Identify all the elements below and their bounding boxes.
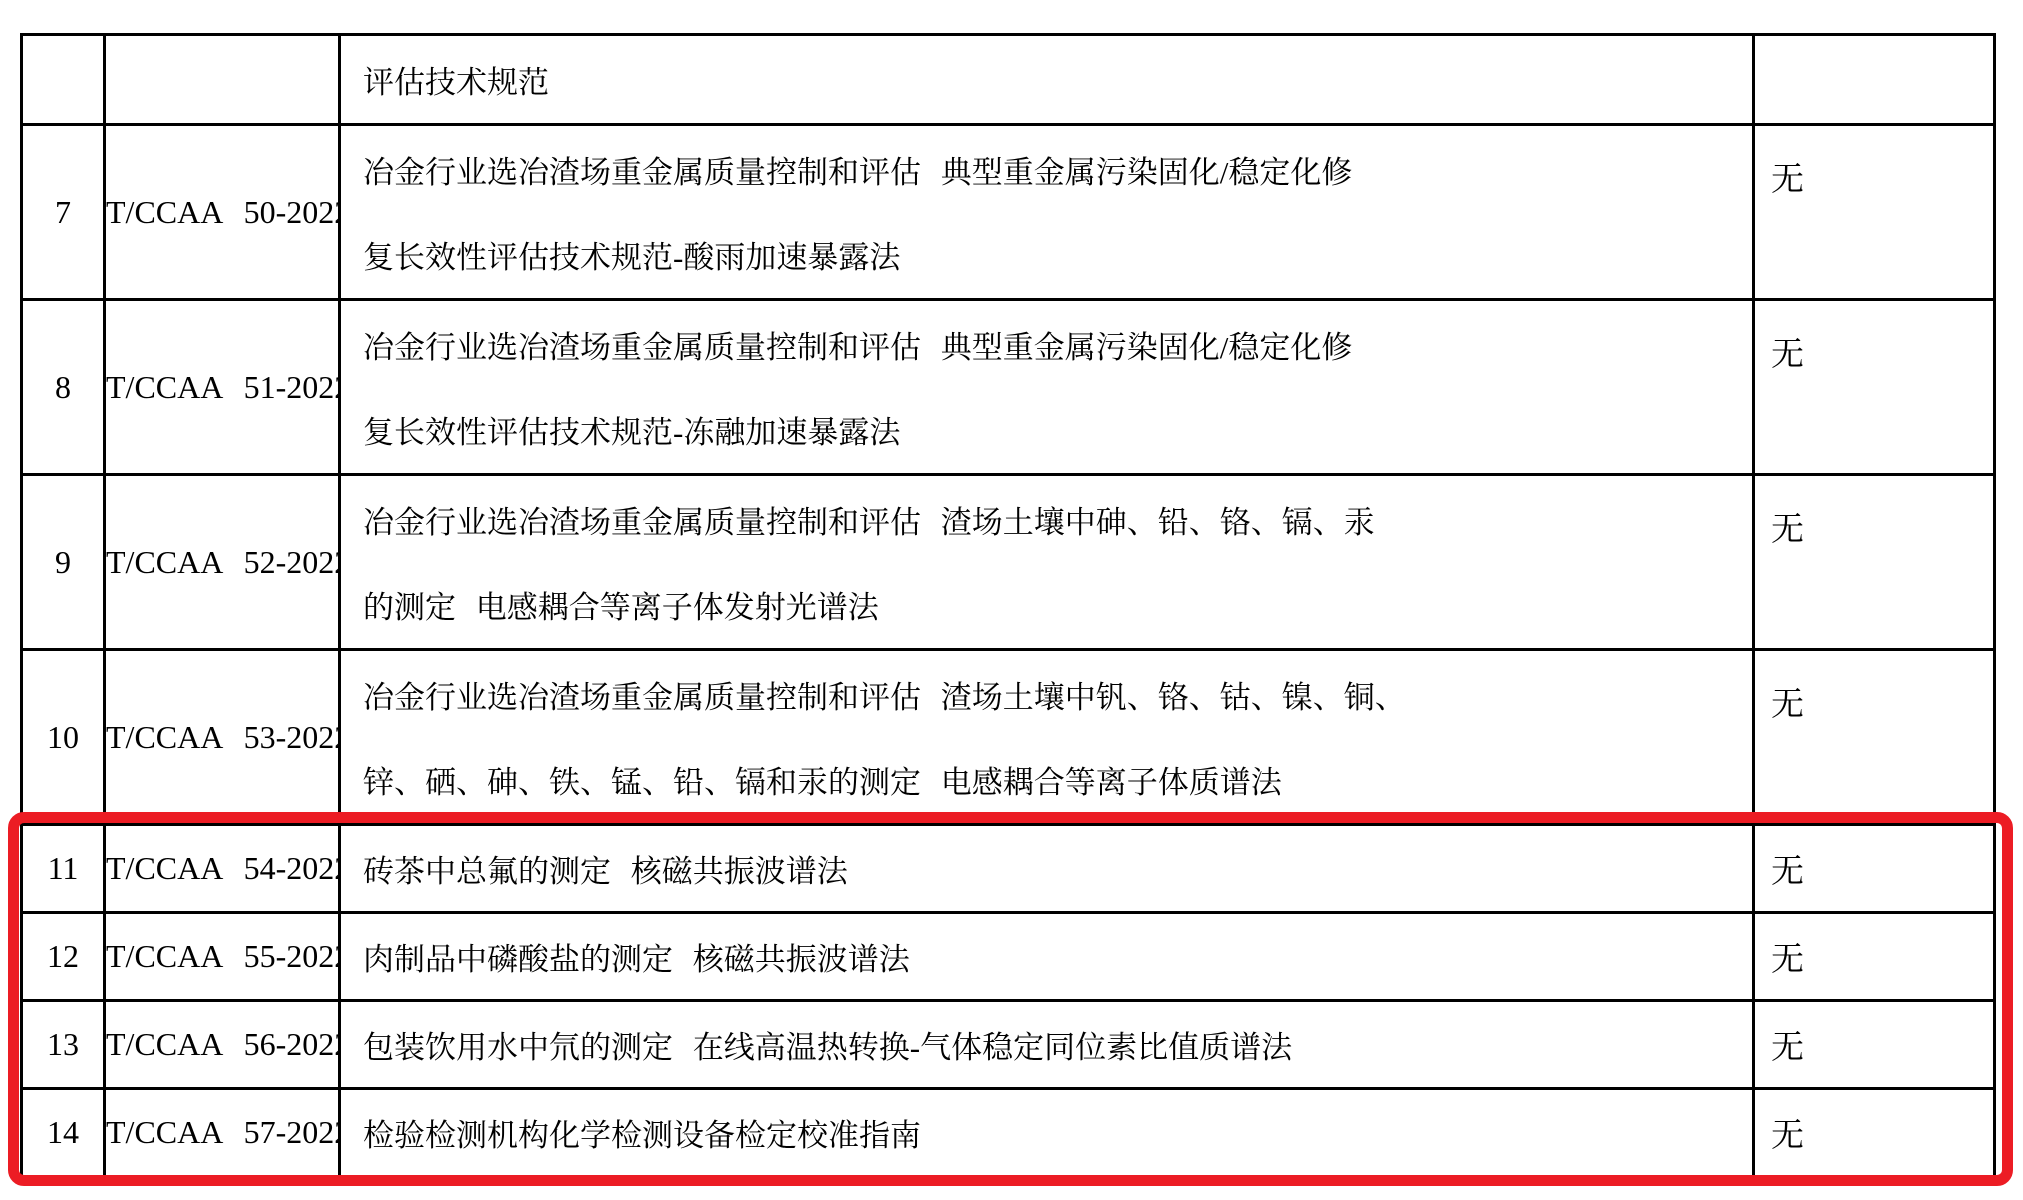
- row-number-cell: 11: [22, 825, 105, 913]
- standard-title-line: 肉制品中磷酸盐的测定 核磁共振波谱法: [363, 934, 1742, 979]
- standard-title-cell: 砖茶中总氟的测定 核磁共振波谱法: [340, 825, 1754, 913]
- standard-title-cell: 冶金行业选冶渣场重金属质量控制和评估 渣场土壤中砷、铅、铬、镉、汞 的测定 电感…: [340, 475, 1754, 650]
- standard-code-cell: T/CCAA 55-2022: [105, 913, 340, 1001]
- row-number-cell: 7: [22, 125, 105, 300]
- standard-code-cell: T/CCAA 54-2022: [105, 825, 340, 913]
- standards-table: 评估技术规范 7 T/CCAA 50-2022 冶金行业选冶渣场重金属质量控制和…: [20, 33, 1996, 1178]
- table-row: 10 T/CCAA 53-2022 冶金行业选冶渣场重金属质量控制和评估 渣场土…: [22, 650, 1995, 825]
- standard-title-cell: 肉制品中磷酸盐的测定 核磁共振波谱法: [340, 913, 1754, 1001]
- standard-title-line: 冶金行业选冶渣场重金属质量控制和评估 渣场土壤中钒、铬、钴、镍、铜、: [363, 652, 1742, 737]
- row-number-cell: 13: [22, 1001, 105, 1089]
- table-row-highlighted: 14 T/CCAA 57-2022 检验检测机构化学检测设备检定校准指南 无: [22, 1089, 1995, 1177]
- table-row-highlighted: 12 T/CCAA 55-2022 肉制品中磷酸盐的测定 核磁共振波谱法 无: [22, 913, 1995, 1001]
- note-cell: 无: [1754, 913, 1995, 1001]
- standard-title-line: 检验检测机构化学检测设备检定校准指南: [363, 1110, 1742, 1155]
- standard-code-cell: T/CCAA 56-2022: [105, 1001, 340, 1089]
- row-number-cell: 14: [22, 1089, 105, 1177]
- standard-code-cell: T/CCAA 50-2022: [105, 125, 340, 300]
- note-cell: 无: [1754, 650, 1995, 825]
- standard-title-cell: 冶金行业选冶渣场重金属质量控制和评估 渣场土壤中钒、铬、钴、镍、铜、 锌、硒、砷…: [340, 650, 1754, 825]
- standard-title-line: 评估技术规范: [363, 57, 1742, 102]
- standard-title-cell: 评估技术规范: [340, 35, 1754, 125]
- table-row-partial: 评估技术规范: [22, 35, 1995, 125]
- table-row: 7 T/CCAA 50-2022 冶金行业选冶渣场重金属质量控制和评估 典型重金…: [22, 125, 1995, 300]
- row-number-cell: 8: [22, 300, 105, 475]
- standard-title-cell: 检验检测机构化学检测设备检定校准指南: [340, 1089, 1754, 1177]
- table-row: 9 T/CCAA 52-2022 冶金行业选冶渣场重金属质量控制和评估 渣场土壤…: [22, 475, 1995, 650]
- standard-code-cell: T/CCAA 52-2022: [105, 475, 340, 650]
- standard-title-line: 锌、硒、砷、铁、锰、铅、镉和汞的测定 电感耦合等离子体质谱法: [363, 737, 1742, 822]
- note-cell: 无: [1754, 125, 1995, 300]
- standard-code-cell: T/CCAA 51-2022: [105, 300, 340, 475]
- row-number-cell: 10: [22, 650, 105, 825]
- table-row: 8 T/CCAA 51-2022 冶金行业选冶渣场重金属质量控制和评估 典型重金…: [22, 300, 1995, 475]
- standard-title-line: 的测定 电感耦合等离子体发射光谱法: [363, 562, 1742, 647]
- standard-title-line: 包装饮用水中氘的测定 在线高温热转换-气体稳定同位素比值质谱法: [363, 1022, 1742, 1067]
- standard-code-cell: [105, 35, 340, 125]
- standard-title-cell: 冶金行业选冶渣场重金属质量控制和评估 典型重金属污染固化/稳定化修 复长效性评估…: [340, 125, 1754, 300]
- table-row-highlighted: 11 T/CCAA 54-2022 砖茶中总氟的测定 核磁共振波谱法 无: [22, 825, 1995, 913]
- note-cell: 无: [1754, 825, 1995, 913]
- note-cell: 无: [1754, 1089, 1995, 1177]
- standard-title-line: 冶金行业选冶渣场重金属质量控制和评估 典型重金属污染固化/稳定化修: [363, 302, 1742, 387]
- row-number-cell: [22, 35, 105, 125]
- standard-title-line: 冶金行业选冶渣场重金属质量控制和评估 典型重金属污染固化/稳定化修: [363, 127, 1742, 212]
- standard-title-cell: 冶金行业选冶渣场重金属质量控制和评估 典型重金属污染固化/稳定化修 复长效性评估…: [340, 300, 1754, 475]
- note-cell: 无: [1754, 1001, 1995, 1089]
- standard-title-line: 砖茶中总氟的测定 核磁共振波谱法: [363, 846, 1742, 891]
- standard-code-cell: T/CCAA 53-2022: [105, 650, 340, 825]
- note-cell: 无: [1754, 475, 1995, 650]
- standard-title-line: 复长效性评估技术规范-冻融加速暴露法: [363, 387, 1742, 472]
- row-number-cell: 12: [22, 913, 105, 1001]
- note-cell: 无: [1754, 300, 1995, 475]
- standard-title-cell: 包装饮用水中氘的测定 在线高温热转换-气体稳定同位素比值质谱法: [340, 1001, 1754, 1089]
- row-number-cell: 9: [22, 475, 105, 650]
- standard-title-line: 冶金行业选冶渣场重金属质量控制和评估 渣场土壤中砷、铅、铬、镉、汞: [363, 477, 1742, 562]
- table-row-highlighted: 13 T/CCAA 56-2022 包装饮用水中氘的测定 在线高温热转换-气体稳…: [22, 1001, 1995, 1089]
- standard-code-cell: T/CCAA 57-2022: [105, 1089, 340, 1177]
- note-cell: [1754, 35, 1995, 125]
- standard-title-line: 复长效性评估技术规范-酸雨加速暴露法: [363, 212, 1742, 297]
